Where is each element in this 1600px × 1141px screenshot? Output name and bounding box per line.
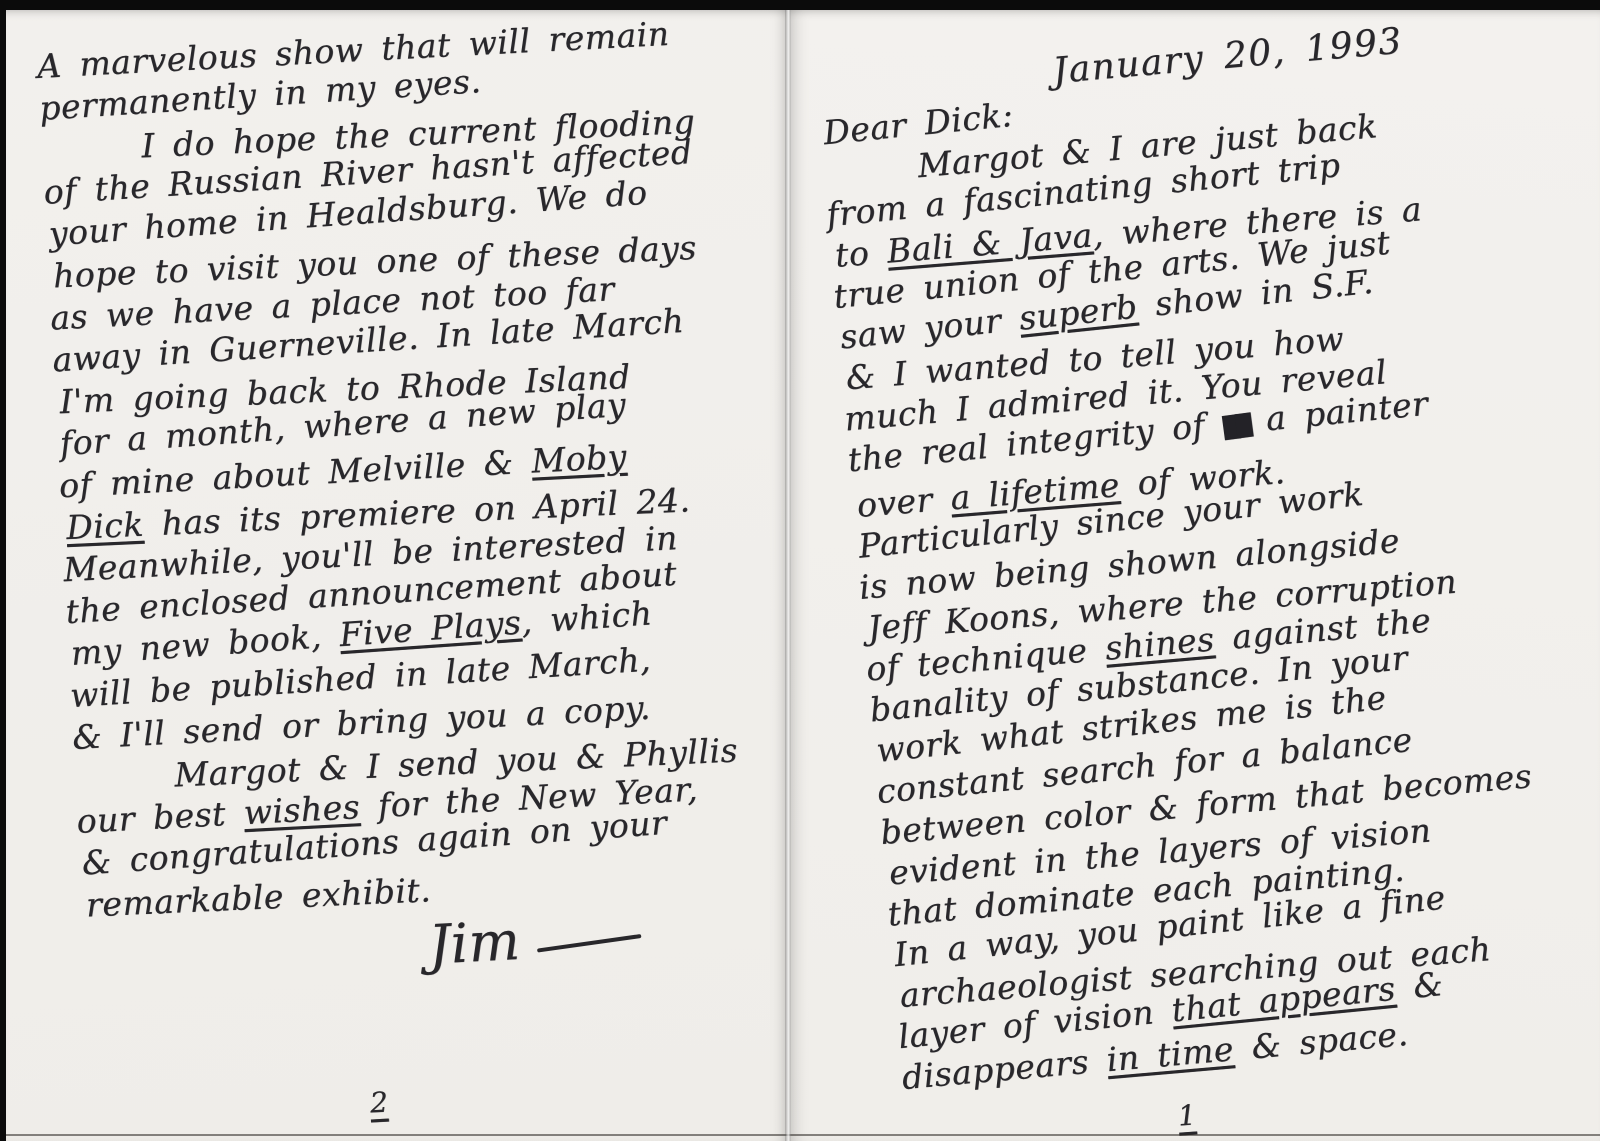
underlined-word: Moby (530, 437, 627, 481)
underlined-word: in time (1105, 1029, 1235, 1079)
page-number-1: 1 (1177, 1098, 1197, 1132)
page-seam (785, 10, 791, 1141)
handwritten-text: , which (520, 593, 654, 641)
handwritten-body: A marvelous show that will remainpermane… (36, 12, 740, 927)
signature: Jim (427, 909, 522, 977)
page-number-2: 2 (369, 1086, 389, 1120)
letter-scan: { "document": { "kind": "handwritten let… (0, 0, 1600, 1141)
scribbled-out-word: ██ (1221, 405, 1252, 449)
letter-page-2: A marvelous show that will remainpermane… (6, 10, 788, 1141)
handwriting-block-page-1: January 20, 1993 Dear Dick: Margot & I a… (814, 15, 1555, 1098)
handwritten-text: to (834, 232, 889, 275)
handwritten-text: & (1393, 964, 1444, 1007)
letter-page-1: January 20, 1993 Dear Dick: Margot & I a… (788, 10, 1600, 1141)
underlined-word: Dick (65, 505, 144, 547)
signature-flourish (537, 934, 642, 953)
handwritten-body: Margot & I are just backfrom a fascinati… (821, 97, 1555, 1098)
handwriting-block-page-2: A marvelous show that will remainpermane… (36, 12, 743, 985)
